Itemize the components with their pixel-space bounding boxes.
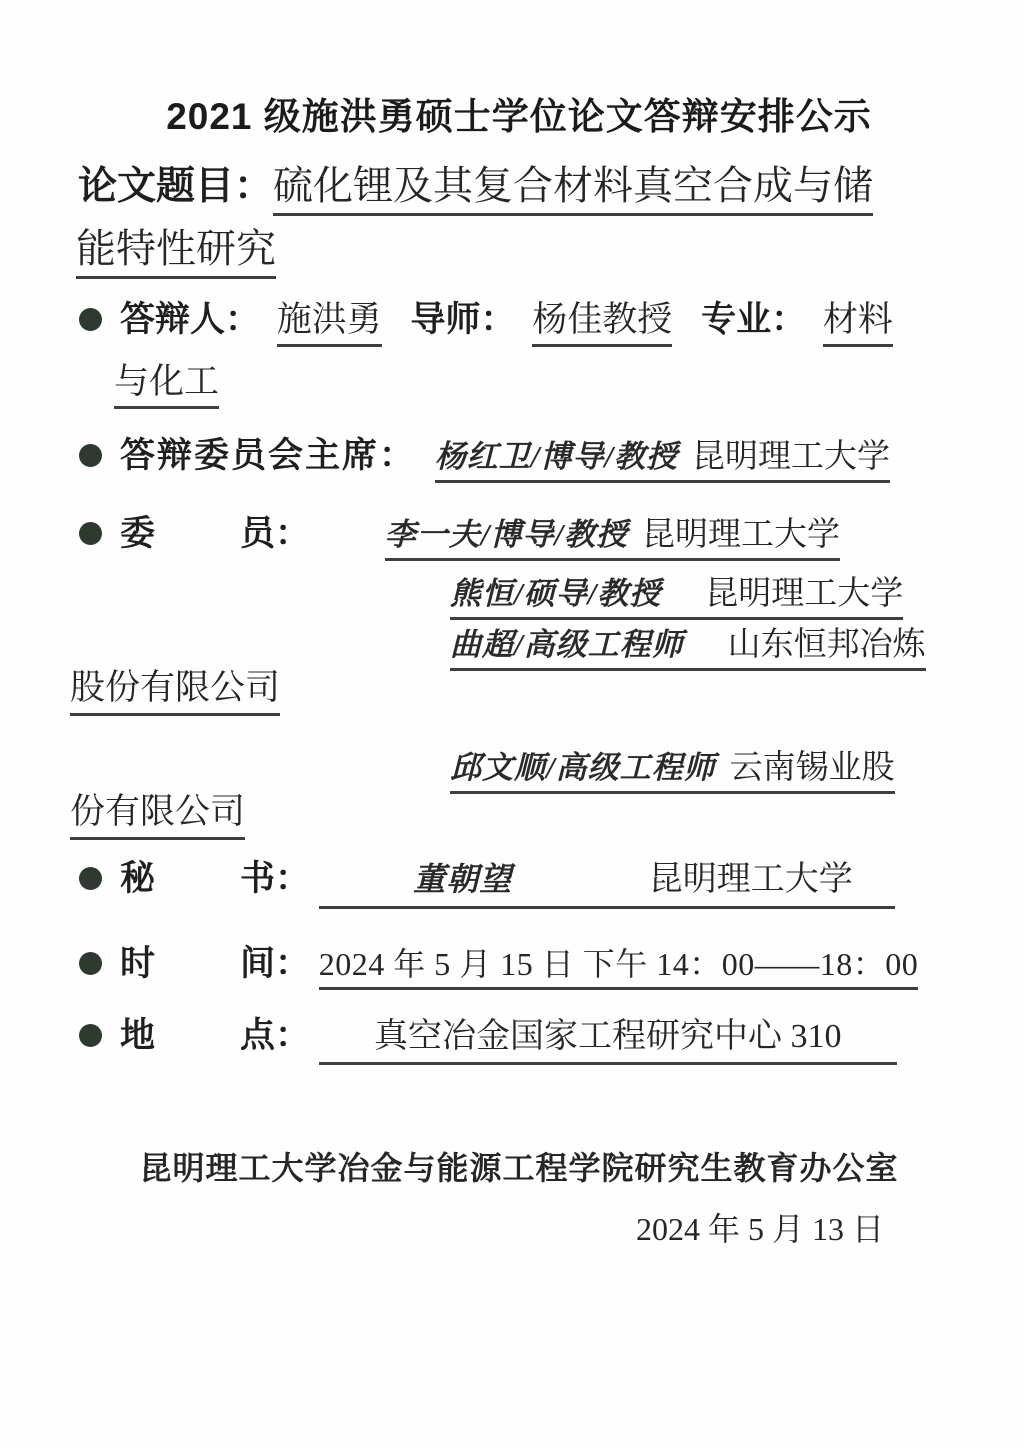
thesis-title-text-line2: 能特性研究	[76, 226, 276, 279]
bullet-icon	[79, 867, 102, 890]
committee-member-3-overflow: 股份有限公司	[70, 667, 968, 716]
bullet-icon	[79, 444, 102, 467]
location-value: 真空冶金国家工程研究中心 310	[319, 1017, 897, 1066]
bullet-icon	[79, 952, 102, 975]
chair-label: 答辩委员会主席：	[120, 436, 416, 475]
time-label-last: 间：	[240, 943, 310, 985]
secretary-label: 秘 书：	[120, 858, 310, 900]
secretary-label-last: 书：	[240, 858, 310, 900]
member-affiliation: 昆明理工大学	[705, 576, 903, 612]
footer-office-line: 昆明理工大学冶金与能源工程学院研究生教育办公室	[70, 1149, 968, 1187]
major-value-line2: 与化工	[114, 362, 219, 409]
secretary-row: 秘 书： 董朝望 昆明理工大学	[70, 858, 968, 909]
footer-date-line: 2024 年 5 月 13 日	[70, 1210, 968, 1248]
member-name: 邱文顺/高级工程师	[450, 750, 716, 785]
location-label: 地 点：	[120, 1015, 310, 1057]
thesis-title-continuation: 能特性研究	[70, 225, 968, 273]
member-name: 曲超/高级工程师	[450, 627, 684, 662]
member-name: 熊恒/硕导/教授	[450, 576, 661, 611]
time-value: 2024 年 5 月 15 日 下午 14：00——18：00	[319, 946, 919, 990]
thesis-title-text-line1: 硫化锂及其复合材料真空合成与储	[273, 163, 873, 216]
advisor-label: 导师：	[411, 300, 516, 339]
major-label: 专业：	[701, 300, 806, 339]
thesis-title-label: 论文题目：	[78, 165, 273, 208]
thesis-title-line: 论文题目：硫化锂及其复合材料真空合成与储	[70, 162, 968, 211]
chair-row: 答辩委员会主席： 杨红卫/博导/教授昆明理工大学	[70, 435, 968, 478]
bullet-icon	[79, 522, 102, 545]
committee-member-4-overflow: 份有限公司	[70, 791, 968, 840]
footer-office-text: 昆明理工大学冶金与能源工程学院研究生教育办公室	[139, 1150, 898, 1186]
secretary-value: 董朝望 昆明理工大学	[319, 860, 895, 909]
chair-name: 杨红卫/博导/教授	[435, 439, 678, 474]
member-affiliation-overflow: 股份有限公司	[70, 667, 280, 716]
committee-label: 委 员：	[120, 513, 310, 555]
member-affiliation: 昆明理工大学	[642, 517, 840, 553]
committee-label-last: 员：	[240, 513, 310, 555]
time-label: 时 间：	[120, 943, 310, 985]
chair-value: 杨红卫/博导/教授昆明理工大学	[435, 436, 890, 483]
time-row: 时 间： 2024 年 5 月 15 日 下午 14：00——18：00	[70, 943, 968, 985]
location-label-last: 点：	[240, 1015, 310, 1057]
secretary-name: 董朝望	[319, 860, 607, 901]
location-label-first: 地	[120, 1015, 155, 1057]
footer-date-text: 2024 年 5 月 13 日	[636, 1211, 884, 1247]
member-affiliation: 云南锡业股	[730, 750, 895, 786]
location-row: 地 点： 真空冶金国家工程研究中心 310	[70, 1015, 968, 1066]
bullet-icon	[79, 308, 102, 331]
member-affiliation: 山东恒邦冶炼	[728, 627, 926, 663]
defender-label: 答辩人：	[120, 300, 260, 339]
committee-member-1: 李一夫/博导/教授昆明理工大学	[385, 514, 840, 561]
defender-name: 施洪勇	[277, 300, 382, 347]
announcement-page: 2021 级施洪勇硕士学位论文答辩安排公示 论文题目：硫化锂及其复合材料真空合成…	[0, 0, 1024, 1448]
chair-affiliation: 昆明理工大学	[692, 439, 890, 475]
committee-row: 委 员： 李一夫/博导/教授昆明理工大学	[70, 513, 968, 556]
major-continuation: 与化工	[70, 361, 968, 403]
time-label-first: 时	[120, 943, 155, 985]
committee-label-first: 委	[120, 513, 155, 555]
committee-member-3: 曲超/高级工程师山东恒邦冶炼	[70, 623, 968, 666]
page-title: 2021 级施洪勇硕士学位论文答辩安排公示	[70, 0, 968, 140]
secretary-affiliation: 昆明理工大学	[607, 860, 895, 901]
bullet-icon	[79, 1024, 102, 1047]
advisor-name: 杨佳教授	[532, 300, 672, 347]
major-value-line1: 材料	[823, 300, 893, 347]
member-affiliation-overflow: 份有限公司	[70, 791, 245, 840]
defender-row: 答辩人： 施洪勇 导师： 杨佳教授 专业： 材料	[70, 299, 968, 341]
committee-member-2: 熊恒/硕导/教授昆明理工大学	[70, 572, 968, 615]
committee-member-4: 邱文顺/高级工程师云南锡业股	[70, 746, 968, 789]
secretary-label-first: 秘	[120, 858, 155, 900]
member-name: 李一夫/博导/教授	[385, 517, 628, 552]
